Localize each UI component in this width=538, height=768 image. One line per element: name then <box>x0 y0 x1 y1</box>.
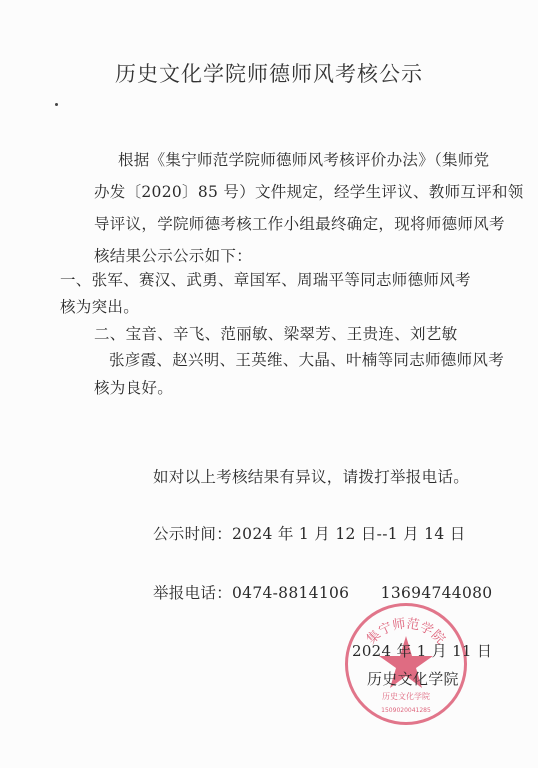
seal-star-icon: 集宁师范学院 历史文化学院 1509020041285 <box>348 606 464 722</box>
seal-inner-text: 历史文化学院 <box>382 691 430 701</box>
body-line: 核结果公示公示如下： <box>94 244 252 266</box>
document-title: 历史文化学院师德师风考核公示 <box>0 58 538 88</box>
body-line: 导评议，学院师德考核工作小组最终确定，现将师德师风考 <box>94 212 505 234</box>
body-line: 核为突出。 <box>60 295 139 317</box>
signature-org: 历史文化学院 <box>367 668 459 689</box>
body-line: 二、宝音、辛飞、范丽敏、梁翠芳、王贵连、刘艺敏 <box>94 322 457 344</box>
body-line: 张彦霞、赵兴明、王英维、大晶、叶楠等同志师德师风考 <box>109 348 504 370</box>
document-page: 历史文化学院师德师风考核公示 根据《集宁师范学院师德师风考核评价办法》（集师党 … <box>0 0 538 768</box>
hotline: 举报电话：0474-8814106 13694744080 <box>153 581 492 603</box>
objection-note: 如对以上考核结果有异议，请拨打举报电话。 <box>153 465 469 487</box>
signature-date: 2024 年 1 月 11 日 <box>352 640 492 661</box>
scan-speck <box>55 103 58 106</box>
official-seal: 集宁师范学院 历史文化学院 1509020041285 <box>345 603 467 725</box>
notice-period: 公示时间：2024 年 1 月 12 日--1 月 14 日 <box>153 522 466 544</box>
body-line: 一、张军、赛汉、武勇、章国军、周瑞平等同志师德师风考 <box>60 268 471 290</box>
body-line: 核为良好。 <box>94 376 173 398</box>
body-line: 办发〔2020〕85 号）文件规定，经学生评议、教师互评和领 <box>94 180 524 202</box>
seal-serial: 1509020041285 <box>381 707 431 714</box>
body-line: 根据《集宁师范学院师德师风考核评价办法》（集师党 <box>118 148 489 170</box>
